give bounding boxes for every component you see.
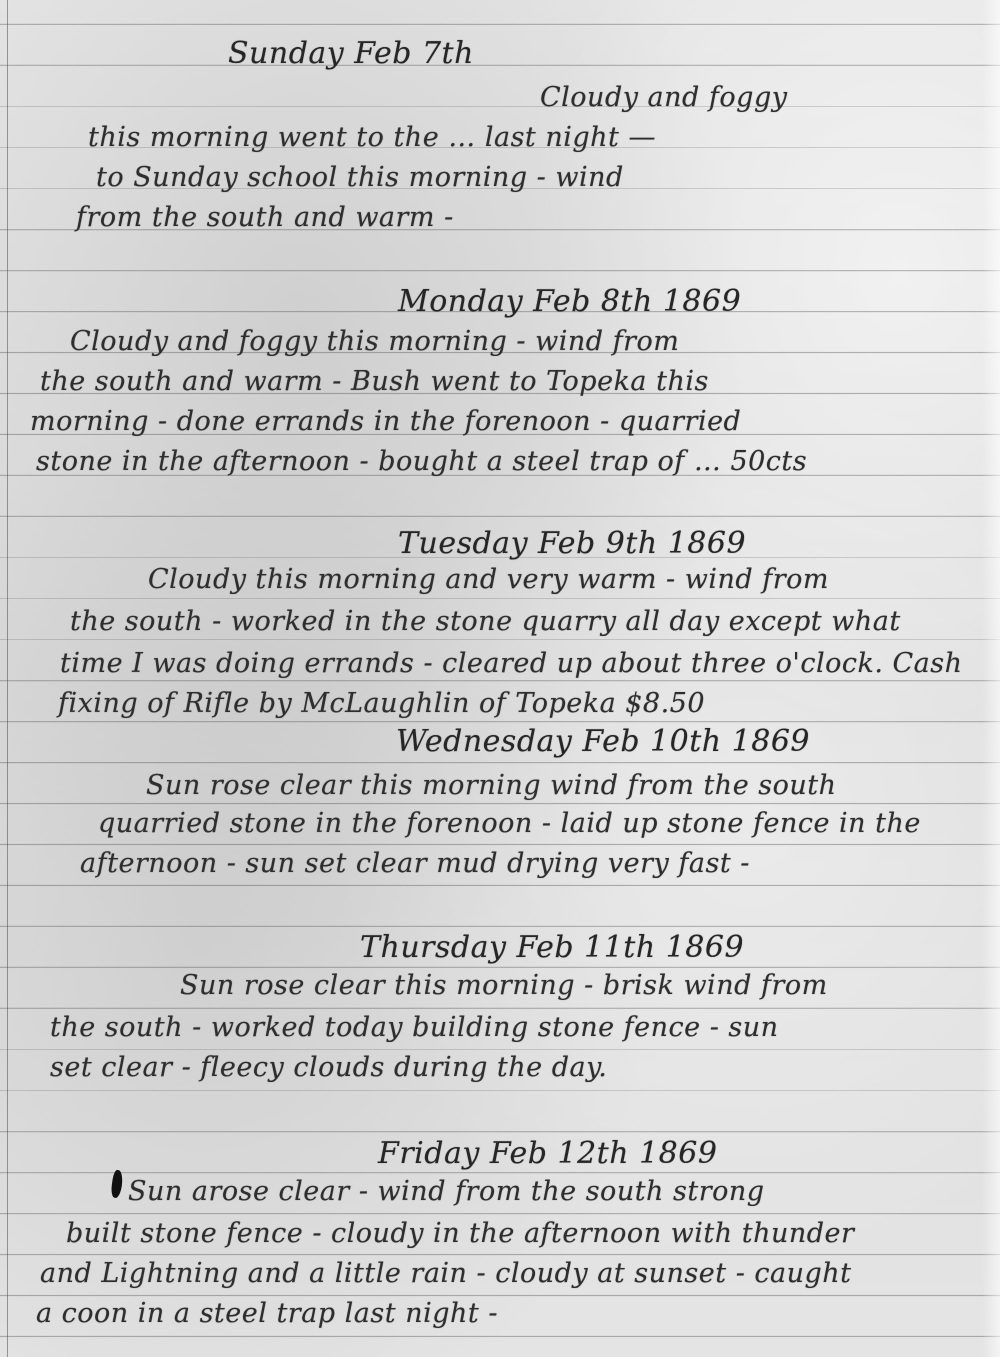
entry-line: the south - worked today building stone … (50, 1012, 779, 1043)
entry-line: Sun arose clear - wind from the south st… (128, 1176, 765, 1207)
entry-heading-tuesday: Tuesday Feb 9th 1869 (398, 526, 746, 561)
entry-line: Cloudy this morning and very warm - wind… (148, 564, 829, 595)
entry-line: stone in the afternoon - bought a steel … (36, 446, 807, 477)
entry-line: fixing of Rifle by McLaughlin of Topeka … (58, 688, 705, 719)
entry-heading-thursday: Thursday Feb 11th 1869 (360, 930, 744, 965)
margin-line (7, 0, 8, 1357)
entry-line: Sun rose clear this morning wind from th… (146, 770, 837, 801)
entry-line: quarried stone in the forenoon - laid up… (98, 808, 921, 839)
entry-line: Sun rose clear this morning - brisk wind… (180, 970, 828, 1001)
page-edge (982, 0, 1000, 1357)
entry-heading-monday: Monday Feb 8th 1869 (398, 284, 741, 319)
entry-line: set clear - fleecy clouds during the day… (50, 1052, 607, 1083)
entry-line: from the south and warm - (76, 202, 454, 233)
entry-line: and Lightning and a little rain - cloudy… (40, 1258, 852, 1289)
entry-line: morning - done errands in the forenoon -… (30, 406, 741, 437)
entry-heading-wednesday: Wednesday Feb 10th 1869 (396, 724, 810, 759)
entry-line: the south and warm - Bush went to Topeka… (40, 366, 709, 397)
entry-heading-sunday: Sunday Feb 7th (228, 36, 474, 71)
entry-heading-friday: Friday Feb 12th 1869 (378, 1136, 717, 1171)
entry-line: a coon in a steel trap last night - (36, 1298, 498, 1329)
entry-line: time I was doing errands - cleared up ab… (60, 648, 963, 679)
entry-line: afternoon - sun set clear mud drying ver… (80, 848, 750, 879)
entry-line: Cloudy and foggy (540, 82, 787, 113)
entry-line: the south - worked in the stone quarry a… (70, 606, 901, 637)
entry-line: this morning went to the … last night — (88, 122, 656, 153)
entry-line: Cloudy and foggy this morning - wind fro… (70, 326, 679, 357)
diary-page: Sunday Feb 7th Cloudy and foggy this mor… (0, 0, 1000, 1357)
entry-line: to Sunday school this morning - wind (96, 162, 624, 193)
entry-line: built stone fence - cloudy in the aftern… (66, 1218, 854, 1249)
